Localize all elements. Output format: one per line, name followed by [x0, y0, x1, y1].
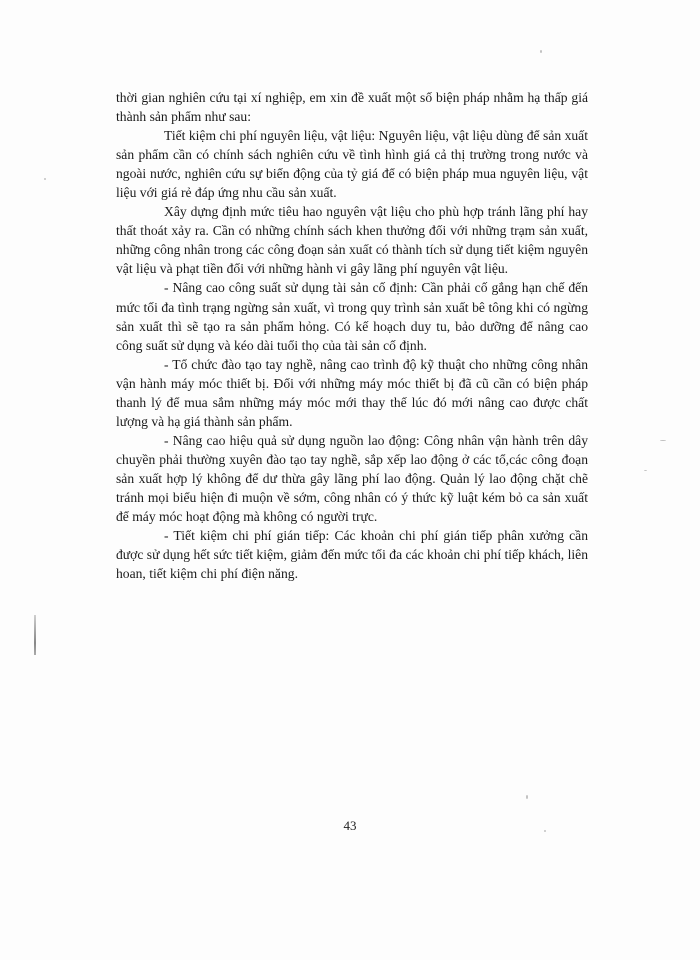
scanned-page: thời gian nghiên cứu tại xí nghiệp, em x… — [0, 0, 700, 960]
paragraph-consumption-norms: Xây dựng định mức tiêu hao nguyên vật li… — [116, 202, 588, 278]
body-text: thời gian nghiên cứu tại xí nghiệp, em x… — [116, 88, 588, 583]
scan-speck — [526, 795, 528, 799]
paragraph-material-cost: Tiết kiệm chi phí nguyên liệu, vật liệu:… — [116, 126, 588, 202]
scan-speck — [644, 470, 647, 471]
paragraph-training: - Tổ chức đào tạo tay nghề, nâng cao trì… — [116, 355, 588, 431]
paragraph-labor-efficiency: - Nâng cao hiệu quả sử dụng nguồn lao độ… — [116, 431, 588, 526]
scan-speck — [44, 178, 46, 180]
scan-speck — [660, 440, 666, 441]
paragraph-fixed-assets: - Nâng cao công suất sử dụng tài sản cố … — [116, 278, 588, 354]
scan-binding-mark — [34, 615, 36, 655]
paragraph-indirect-cost: - Tiết kiệm chi phí gián tiếp: Các khoản… — [116, 526, 588, 583]
scan-speck — [540, 50, 542, 53]
page-number: 43 — [0, 818, 700, 834]
paragraph-intro: thời gian nghiên cứu tại xí nghiệp, em x… — [116, 88, 588, 126]
